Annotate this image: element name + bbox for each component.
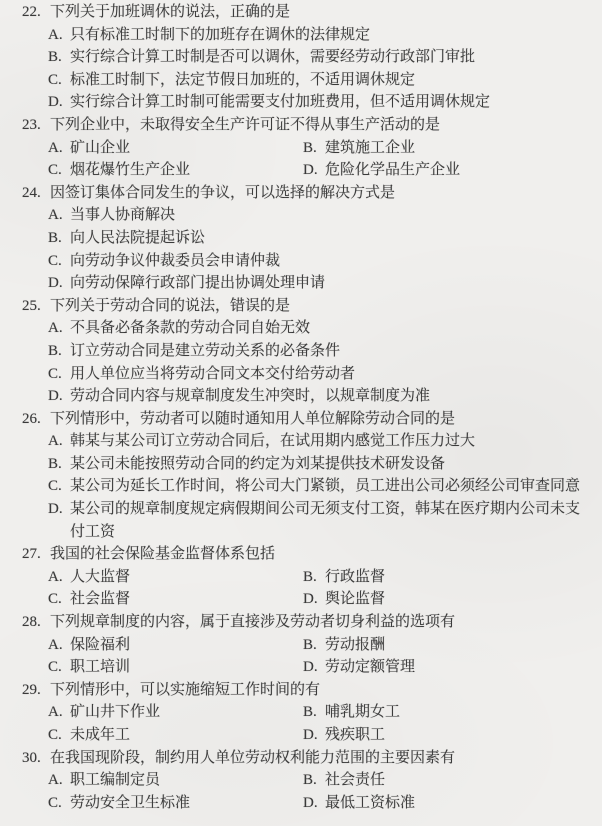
option-text: 韩某与某公司订立劳动合同后，在试用期内感觉工作压力过大 (70, 430, 592, 453)
option: B.哺乳期女工 (303, 701, 592, 724)
option: A.矿山井下作业 (48, 701, 303, 724)
option-label: B. (48, 340, 70, 363)
option: A.韩某与某公司订立劳动合同后，在试用期内感觉工作压力过大 (0, 430, 592, 453)
option: B.社会责任 (303, 769, 592, 792)
option-label: D. (303, 724, 325, 747)
option-text: 实行综合计算工时制可能需要支付加班费用，但不适用调休规定 (70, 91, 592, 114)
option: A.人大监督 (48, 566, 303, 589)
option-label: A. (48, 204, 70, 227)
question-number: 28. (0, 611, 50, 634)
option: D.向劳动保障行政部门提出协调处理申请 (0, 272, 592, 295)
option: D.残疾职工 (303, 724, 592, 747)
question-block: 24.因签订集体合同发生的争议，可以选择的解决方式是A.当事人协商解决B.向人民… (0, 182, 592, 295)
option-label: D. (303, 159, 325, 182)
option-text: 劳动安全卫生标准 (70, 792, 303, 815)
option-text: 当事人协商解决 (70, 204, 592, 227)
option: D.最低工资标准 (303, 792, 592, 815)
option-label: D. (48, 498, 70, 543)
option-pair-row: C.职工培训D.劳动定额管理 (0, 656, 592, 679)
option: C.未成年工 (48, 724, 303, 747)
option-pair-row: C.社会监督D.舆论监督 (0, 588, 592, 611)
option-pair-row: A.矿山井下作业B.哺乳期女工 (0, 701, 592, 724)
option: A.矿山企业 (48, 137, 303, 160)
option: B.订立劳动合同是建立劳动关系的必备条件 (0, 340, 592, 363)
option-text: 不具备必备条款的劳动合同自始无效 (70, 317, 592, 340)
option-text: 某公司未能按照劳动合同的约定为刘某提供技术研发设备 (70, 453, 592, 476)
option: B.实行综合计算工时制是否可以调休，需要经劳动行政部门审批 (0, 46, 592, 69)
question-head: 30.在我国现阶段，制约用人单位劳动权利能力范围的主要因素有 (0, 747, 592, 770)
option-label: C. (48, 69, 70, 92)
option-text: 订立劳动合同是建立劳动关系的必备条件 (70, 340, 592, 363)
question-block: 27.我国的社会保险基金监督体系包括A.人大监督B.行政监督C.社会监督D.舆论… (0, 543, 592, 611)
option: C.职工培训 (48, 656, 303, 679)
option-pair-row: A.矿山企业B.建筑施工企业 (0, 137, 592, 160)
option-label: D. (303, 588, 325, 611)
option-label: D. (48, 272, 70, 295)
option-text: 建筑施工企业 (325, 137, 592, 160)
question-block: 26.下列情形中，劳动者可以随时通知用人单位解除劳动合同的是A.韩某与某公司订立… (0, 408, 592, 544)
question-number: 29. (0, 679, 50, 702)
question-block: 29.下列情形中，可以实施缩短工作时间的有A.矿山井下作业B.哺乳期女工C.未成… (0, 679, 592, 747)
exam-page: 22.下列关于加班调休的说法，正确的是A.只有标准工时制下的加班存在调休的法律规… (0, 0, 602, 826)
option-text: 社会监督 (70, 588, 303, 611)
option-label: A. (48, 24, 70, 47)
option-text: 残疾职工 (325, 724, 592, 747)
option: D.劳动定额管理 (303, 656, 592, 679)
option-label: A. (48, 701, 70, 724)
option-text: 劳动合同内容与规章制度发生冲突时，以规章制度为准 (70, 385, 592, 408)
option-label: B. (303, 701, 325, 724)
question-head: 27.我国的社会保险基金监督体系包括 (0, 543, 592, 566)
question-number: 26. (0, 408, 50, 431)
option-label: C. (48, 159, 70, 182)
option-text: 向人民法院提起诉讼 (70, 227, 592, 250)
option: A.当事人协商解决 (0, 204, 592, 227)
option-label: B. (48, 46, 70, 69)
option-text: 向劳动保障行政部门提出协调处理申请 (70, 272, 592, 295)
option-label: C. (48, 363, 70, 386)
option-label: A. (48, 634, 70, 657)
option: D.危险化学品生产企业 (303, 159, 592, 182)
option-pair-row: C.烟花爆竹生产企业D.危险化学品生产企业 (0, 159, 592, 182)
question-block: 30.在我国现阶段，制约用人单位劳动权利能力范围的主要因素有A.职工编制定员B.… (0, 747, 592, 815)
option: A.保险福利 (48, 634, 303, 657)
option-label: C. (48, 588, 70, 611)
option-label: C. (48, 250, 70, 273)
question-text: 下列情形中，可以实施缩短工作时间的有 (50, 679, 592, 702)
question-block: 28.下列规章制度的内容，属于直接涉及劳动者切身利益的选项有A.保险福利B.劳动… (0, 611, 592, 679)
question-list: 22.下列关于加班调休的说法，正确的是A.只有标准工时制下的加班存在调休的法律规… (0, 1, 592, 814)
option-text: 劳动定额管理 (325, 656, 592, 679)
option-label: C. (48, 475, 70, 498)
question-head: 22.下列关于加班调休的说法，正确的是 (0, 1, 592, 24)
question-number: 24. (0, 182, 50, 205)
option-text: 矿山企业 (70, 137, 303, 160)
option-label: D. (48, 91, 70, 114)
option: C.烟花爆竹生产企业 (48, 159, 303, 182)
option-label: C. (48, 724, 70, 747)
question-head: 24.因签订集体合同发生的争议，可以选择的解决方式是 (0, 182, 592, 205)
option: D.某公司的规章制度规定病假期间公司无须支付工资，韩某在医疗期内公司未支付工资 (0, 498, 592, 543)
option: C.标准工时制下，法定节假日加班的，不适用调休规定 (0, 69, 592, 92)
option-text: 职工培训 (70, 656, 303, 679)
question-number: 30. (0, 747, 50, 770)
option-label: A. (48, 566, 70, 589)
question-block: 23.下列企业中，未取得安全生产许可证不得从事生产活动的是A.矿山企业B.建筑施… (0, 114, 592, 182)
question-head: 28.下列规章制度的内容，属于直接涉及劳动者切身利益的选项有 (0, 611, 592, 634)
option-pair-row: A.保险福利B.劳动报酬 (0, 634, 592, 657)
option: A.只有标准工时制下的加班存在调休的法律规定 (0, 24, 592, 47)
question-block: 22.下列关于加班调休的说法，正确的是A.只有标准工时制下的加班存在调休的法律规… (0, 1, 592, 114)
option-text: 某公司为延长工作时间，将公司大门紧锁，员工进出公司必须经公司审查同意 (70, 475, 592, 498)
option-label: A. (48, 317, 70, 340)
question-text: 下列企业中，未取得安全生产许可证不得从事生产活动的是 (50, 114, 592, 137)
option-label: C. (48, 656, 70, 679)
option: C.社会监督 (48, 588, 303, 611)
option: D.劳动合同内容与规章制度发生冲突时，以规章制度为准 (0, 385, 592, 408)
option: B.行政监督 (303, 566, 592, 589)
option-pair-row: A.职工编制定员B.社会责任 (0, 769, 592, 792)
option-label: C. (48, 792, 70, 815)
option-text: 标准工时制下，法定节假日加班的，不适用调休规定 (70, 69, 592, 92)
question-head: 23.下列企业中，未取得安全生产许可证不得从事生产活动的是 (0, 114, 592, 137)
option-text: 危险化学品生产企业 (325, 159, 592, 182)
option: C.用人单位应当将劳动合同文本交付给劳动者 (0, 363, 592, 386)
option: D.舆论监督 (303, 588, 592, 611)
question-number: 22. (0, 1, 50, 24)
question-text: 我国的社会保险基金监督体系包括 (50, 543, 592, 566)
option: B.某公司未能按照劳动合同的约定为刘某提供技术研发设备 (0, 453, 592, 476)
option: B.建筑施工企业 (303, 137, 592, 160)
option-label: B. (303, 566, 325, 589)
option-text: 未成年工 (70, 724, 303, 747)
question-text: 下列关于劳动合同的说法，错误的是 (50, 295, 592, 318)
option-text: 社会责任 (325, 769, 592, 792)
question-text: 在我国现阶段，制约用人单位劳动权利能力范围的主要因素有 (50, 747, 592, 770)
option-label: B. (303, 137, 325, 160)
option-text: 保险福利 (70, 634, 303, 657)
option: B.劳动报酬 (303, 634, 592, 657)
option-text: 实行综合计算工时制是否可以调休，需要经劳动行政部门审批 (70, 46, 592, 69)
option: D.实行综合计算工时制可能需要支付加班费用，但不适用调休规定 (0, 91, 592, 114)
option-label: D. (303, 656, 325, 679)
question-block: 25.下列关于劳动合同的说法，错误的是A.不具备必备条款的劳动合同自始无效B.订… (0, 295, 592, 408)
option-label: A. (48, 769, 70, 792)
question-head: 26.下列情形中，劳动者可以随时通知用人单位解除劳动合同的是 (0, 408, 592, 431)
question-head: 25.下列关于劳动合同的说法，错误的是 (0, 295, 592, 318)
option-text: 矿山井下作业 (70, 701, 303, 724)
option: C.劳动安全卫生标准 (48, 792, 303, 815)
option-text: 只有标准工时制下的加班存在调休的法律规定 (70, 24, 592, 47)
question-text: 下列情形中，劳动者可以随时通知用人单位解除劳动合同的是 (50, 408, 592, 431)
option: C.向劳动争议仲裁委员会申请仲裁 (0, 250, 592, 273)
option-label: B. (303, 634, 325, 657)
option-text: 某公司的规章制度规定病假期间公司无须支付工资，韩某在医疗期内公司未支付工资 (70, 498, 592, 543)
scanned-exam-document: { "page": { "background_color": "#f0efed… (0, 0, 602, 826)
option-label: D. (48, 385, 70, 408)
question-head: 29.下列情形中，可以实施缩短工作时间的有 (0, 679, 592, 702)
option-text: 用人单位应当将劳动合同文本交付给劳动者 (70, 363, 592, 386)
option: B.向人民法院提起诉讼 (0, 227, 592, 250)
option-pair-row: A.人大监督B.行政监督 (0, 566, 592, 589)
option-label: B. (48, 453, 70, 476)
option: C.某公司为延长工作时间，将公司大门紧锁，员工进出公司必须经公司审查同意 (0, 475, 592, 498)
option-pair-row: C.未成年工D.残疾职工 (0, 724, 592, 747)
option-text: 最低工资标准 (325, 792, 592, 815)
option-pair-row: C.劳动安全卫生标准D.最低工资标准 (0, 792, 592, 815)
option-text: 烟花爆竹生产企业 (70, 159, 303, 182)
question-text: 下列关于加班调休的说法，正确的是 (50, 1, 592, 24)
option-text: 人大监督 (70, 566, 303, 589)
option-text: 哺乳期女工 (325, 701, 592, 724)
question-number: 25. (0, 295, 50, 318)
question-number: 23. (0, 114, 50, 137)
option-text: 劳动报酬 (325, 634, 592, 657)
option-text: 向劳动争议仲裁委员会申请仲裁 (70, 250, 592, 273)
option: A.职工编制定员 (48, 769, 303, 792)
option-text: 舆论监督 (325, 588, 592, 611)
option-label: A. (48, 137, 70, 160)
option-text: 职工编制定员 (70, 769, 303, 792)
question-number: 27. (0, 543, 50, 566)
question-text: 下列规章制度的内容，属于直接涉及劳动者切身利益的选项有 (50, 611, 592, 634)
option-label: A. (48, 430, 70, 453)
option-label: D. (303, 792, 325, 815)
option-label: B. (303, 769, 325, 792)
option: A.不具备必备条款的劳动合同自始无效 (0, 317, 592, 340)
option-label: B. (48, 227, 70, 250)
question-text: 因签订集体合同发生的争议，可以选择的解决方式是 (50, 182, 592, 205)
option-text: 行政监督 (325, 566, 592, 589)
